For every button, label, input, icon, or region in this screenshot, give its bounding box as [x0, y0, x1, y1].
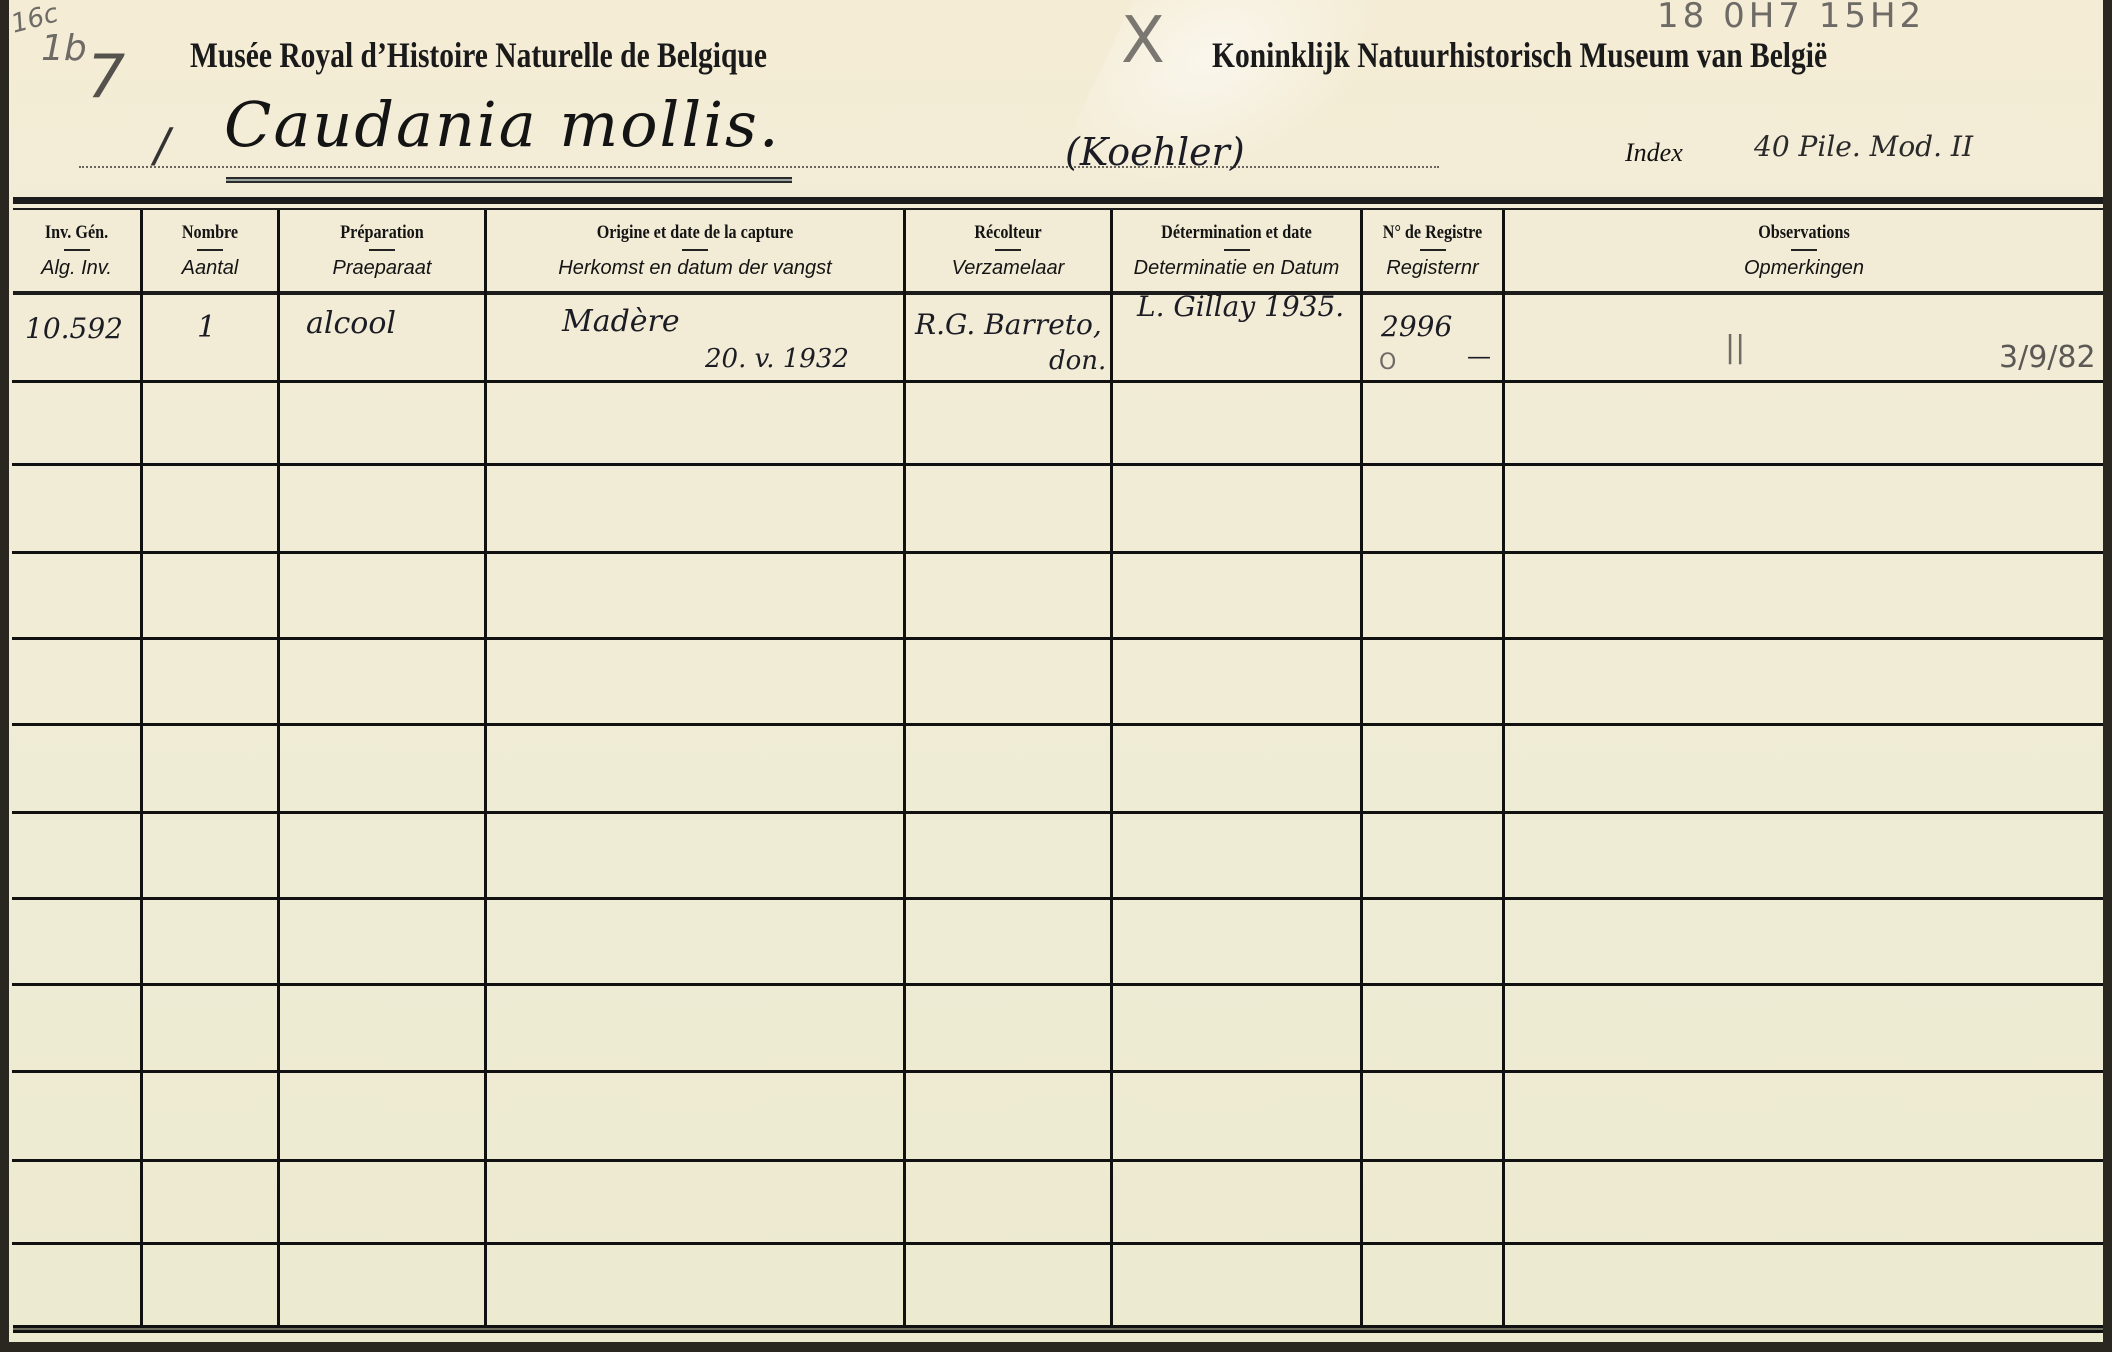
column-header-determination: Détermination et date Determinatie en Da…	[1113, 212, 1360, 292]
cell-preparation: alcool	[306, 306, 396, 341]
museum-title-fr: Musée Royal d’Histoire Naturelle de Belg…	[190, 34, 767, 76]
column-divider	[1360, 210, 1363, 1332]
cell-recolteur: R.G. Barreto,	[915, 308, 1102, 341]
pencil-x-mark: X	[1121, 4, 1165, 78]
column-header-nombre: Nombre Aantal	[143, 212, 277, 292]
cell-registre-mark: O	[1379, 350, 1396, 375]
slash-mark: /	[154, 118, 170, 172]
row-divider	[12, 983, 2103, 986]
museum-title-nl: Koninklijk Natuurhistorisch Museum van B…	[1212, 34, 1827, 76]
cell-registre: 2996	[1381, 310, 1452, 343]
row-divider	[12, 1242, 2103, 1245]
column-divider	[140, 210, 143, 1332]
column-header-inv: Inv. Gén. Alg. Inv.	[13, 212, 140, 292]
cell-observations-mark: ||	[1725, 330, 1745, 365]
index-label: Index	[1625, 138, 1683, 168]
column-header-origine: Origine et date de la capture Herkomst e…	[487, 212, 903, 292]
row-divider	[12, 380, 2103, 383]
row-divider	[12, 723, 2103, 726]
column-divider	[903, 210, 906, 1332]
row-divider	[12, 551, 2103, 554]
species-author: (Koehler)	[1065, 130, 1245, 174]
row-divider	[12, 897, 2103, 900]
cell-origine: Madère	[562, 304, 680, 339]
column-divider	[1110, 210, 1113, 1332]
species-underline	[226, 177, 792, 183]
cell-date-capture: 20. v. 1932	[705, 344, 849, 374]
index-value: 40 Pile. Mod. II	[1754, 130, 1973, 163]
row-divider	[12, 1070, 2103, 1073]
column-header-preparation: Préparation Praeparaat	[280, 212, 484, 292]
column-divider	[277, 210, 280, 1332]
row-divider	[12, 637, 2103, 640]
cell-registre-dash: —	[1467, 342, 1491, 370]
species-name: Caudania mollis.	[224, 88, 781, 161]
row-divider	[12, 463, 2103, 466]
column-header-recolteur: Récolteur Verzamelaar	[906, 212, 1110, 292]
pencil-catalog-number: 18 0H7 15H2	[1657, 0, 1925, 36]
cell-determination: L. Gillay 1935.	[1137, 290, 1344, 323]
row-divider	[12, 1159, 2103, 1162]
column-header-observations: Observations Opmerkingen	[1505, 212, 2103, 292]
column-header-registre: N° de Registre Registernr	[1363, 212, 1502, 292]
specimen-index-card: 16c 1b 7 Musée Royal d’Histoire Naturell…	[9, 0, 2103, 1342]
header-thick-rule	[13, 197, 2103, 204]
header-thin-rule	[13, 208, 2103, 210]
cell-inv: 10.592	[25, 312, 123, 345]
row-divider	[12, 811, 2103, 814]
pencil-note-1b: 1b	[41, 28, 87, 69]
column-divider	[484, 210, 487, 1332]
column-divider	[1502, 210, 1505, 1332]
cell-recolteur-note: don.	[1049, 346, 1106, 376]
cell-observations-date: 3/9/82	[1999, 340, 2096, 375]
pencil-note-7: 7	[87, 42, 125, 112]
cell-nombre: 1	[197, 310, 216, 345]
bottom-double-rule	[13, 1325, 2103, 1333]
